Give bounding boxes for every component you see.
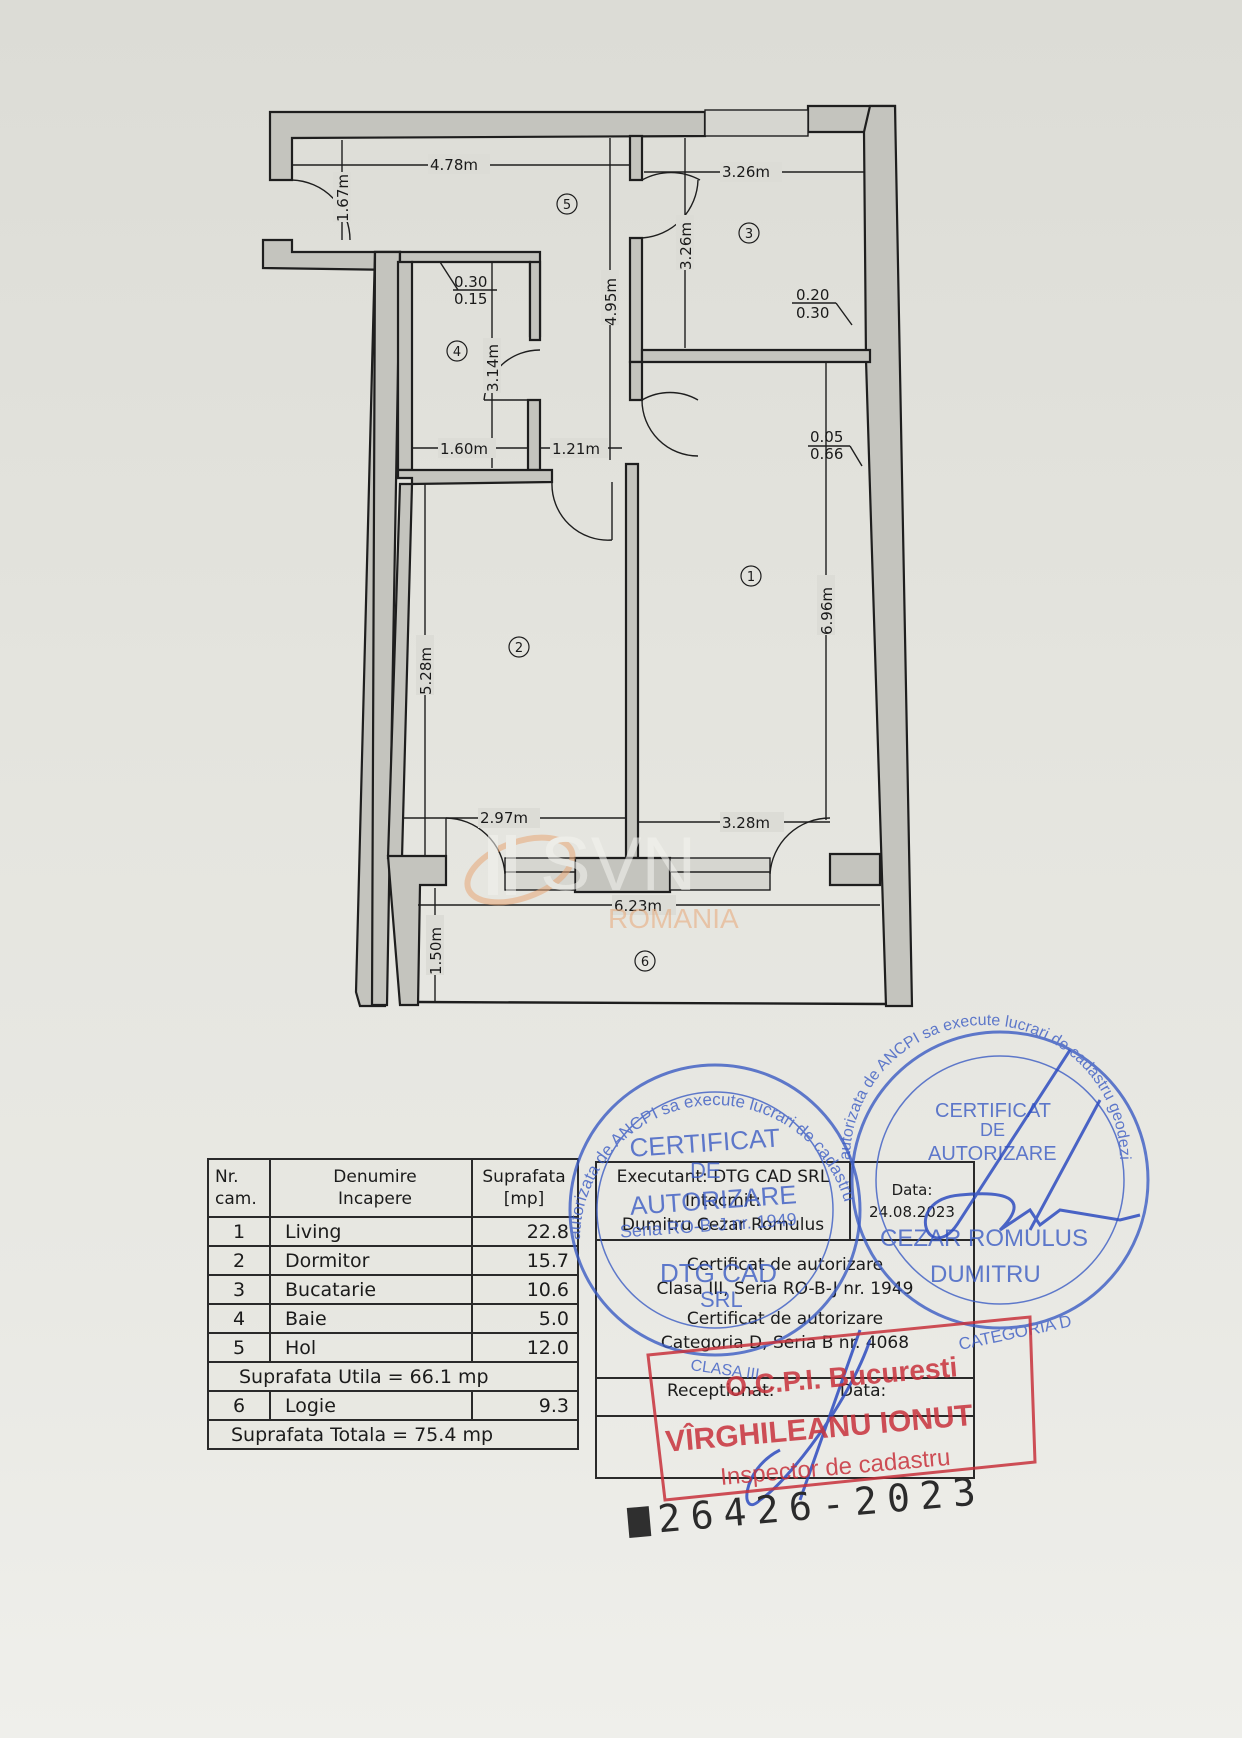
header-area: Suprafata[mp] [472,1159,578,1217]
dim-baie-width: 1.60m [440,440,488,458]
room-2-label: 2 [515,641,523,656]
dim-baie-col-top: 0.30 [454,273,487,291]
dim-baie-length: 3.14m [484,344,502,392]
dim-bucatarie-length: 3.26m [677,222,695,270]
watermark-brand: SVN [540,822,696,907]
registration-prefix-mark [627,1506,652,1538]
header-name: DenumireIncapere [270,1159,472,1217]
received-label: Receptionat: [667,1381,774,1401]
table-row: 6 Logie 9.3 [208,1391,578,1420]
header-nr: Nr.cam. [208,1159,270,1217]
dim-bucatarie-width: 3.26m [722,163,770,181]
dim-bucatarie-col-bottom: 0.30 [796,304,829,322]
table-row: 3 Bucatarie 10.6 [208,1275,578,1304]
received-cell: Receptionat: Data: [596,1378,974,1416]
cert1-line2: Clasa III, Seria RO-B-J nr. 1949 [603,1277,967,1301]
dim-hol-length: 4.95m [602,278,620,326]
dim-living-col-bottom: 0.66 [810,445,843,463]
dim-living-width: 3.28m [722,814,770,832]
certification-table: Executant: DTG CAD SRL Intocmit: Dumitru… [595,1161,975,1479]
watermark-country: ROMANIA [608,903,739,934]
room-1-label: 1 [747,570,755,585]
prepared-by: Dumitru Cezar Romulus [603,1213,843,1237]
dim-living-length: 6.96m [818,587,836,635]
room-6-label: 6 [641,955,649,970]
dim-baie-col-bottom: 0.15 [454,290,487,308]
dim-hol-width: 4.78m [430,156,478,174]
date-label: Data: [857,1179,967,1201]
certificates-cell: Certificat de autorizare Clasa III, Seri… [596,1240,974,1378]
dim-dormitor-length: 5.28m [417,647,435,695]
dim-hol-corridor: 1.21m [552,440,600,458]
room-3-label: 3 [745,227,753,242]
dim-hol-entry: 1.67m [334,174,352,222]
prepared-label: Intocmit: [603,1189,843,1213]
dim-dormitor-width: 2.97m [480,809,528,827]
table-row: 4 Baie 5.0 [208,1304,578,1333]
useful-area-total: Suprafata Utila = 66.1 mp [208,1362,578,1391]
dim-logie-depth: 1.50m [427,927,445,975]
received-date-label: Data: [840,1381,886,1401]
grand-total-row: Suprafata Totala = 75.4 mp [208,1420,578,1449]
room-4-label: 4 [453,345,461,360]
cert2-line1: Certificat de autorizare [603,1307,967,1331]
area-table-header: Nr.cam. DenumireIncapere Suprafata[mp] [208,1159,578,1217]
date-cell: Data: 24.08.2023 [850,1162,974,1240]
table-row: 1 Living 22.8 [208,1217,578,1246]
dim-living-col-top: 0.05 [810,428,843,446]
cert1-line1: Certificat de autorizare [603,1253,967,1277]
dim-bucatarie-col-top: 0.20 [796,286,829,304]
useful-area-total-row: Suprafata Utila = 66.1 mp [208,1362,578,1391]
executant-cell: Executant: DTG CAD SRL Intocmit: Dumitru… [596,1162,850,1240]
room-5-label: 5 [563,198,571,213]
grand-total: Suprafata Totala = 75.4 mp [208,1420,578,1449]
date-value: 24.08.2023 [857,1201,967,1223]
executant: Executant: DTG CAD SRL [603,1165,843,1189]
area-table: Nr.cam. DenumireIncapere Suprafata[mp] 1… [207,1158,579,1450]
table-row: 2 Dormitor 15.7 [208,1246,578,1275]
signature-cell [596,1416,974,1478]
cert2-line2: Categoria D, Seria B nr. 4068 [603,1331,967,1355]
table-row: 5 Hol 12.0 [208,1333,578,1362]
